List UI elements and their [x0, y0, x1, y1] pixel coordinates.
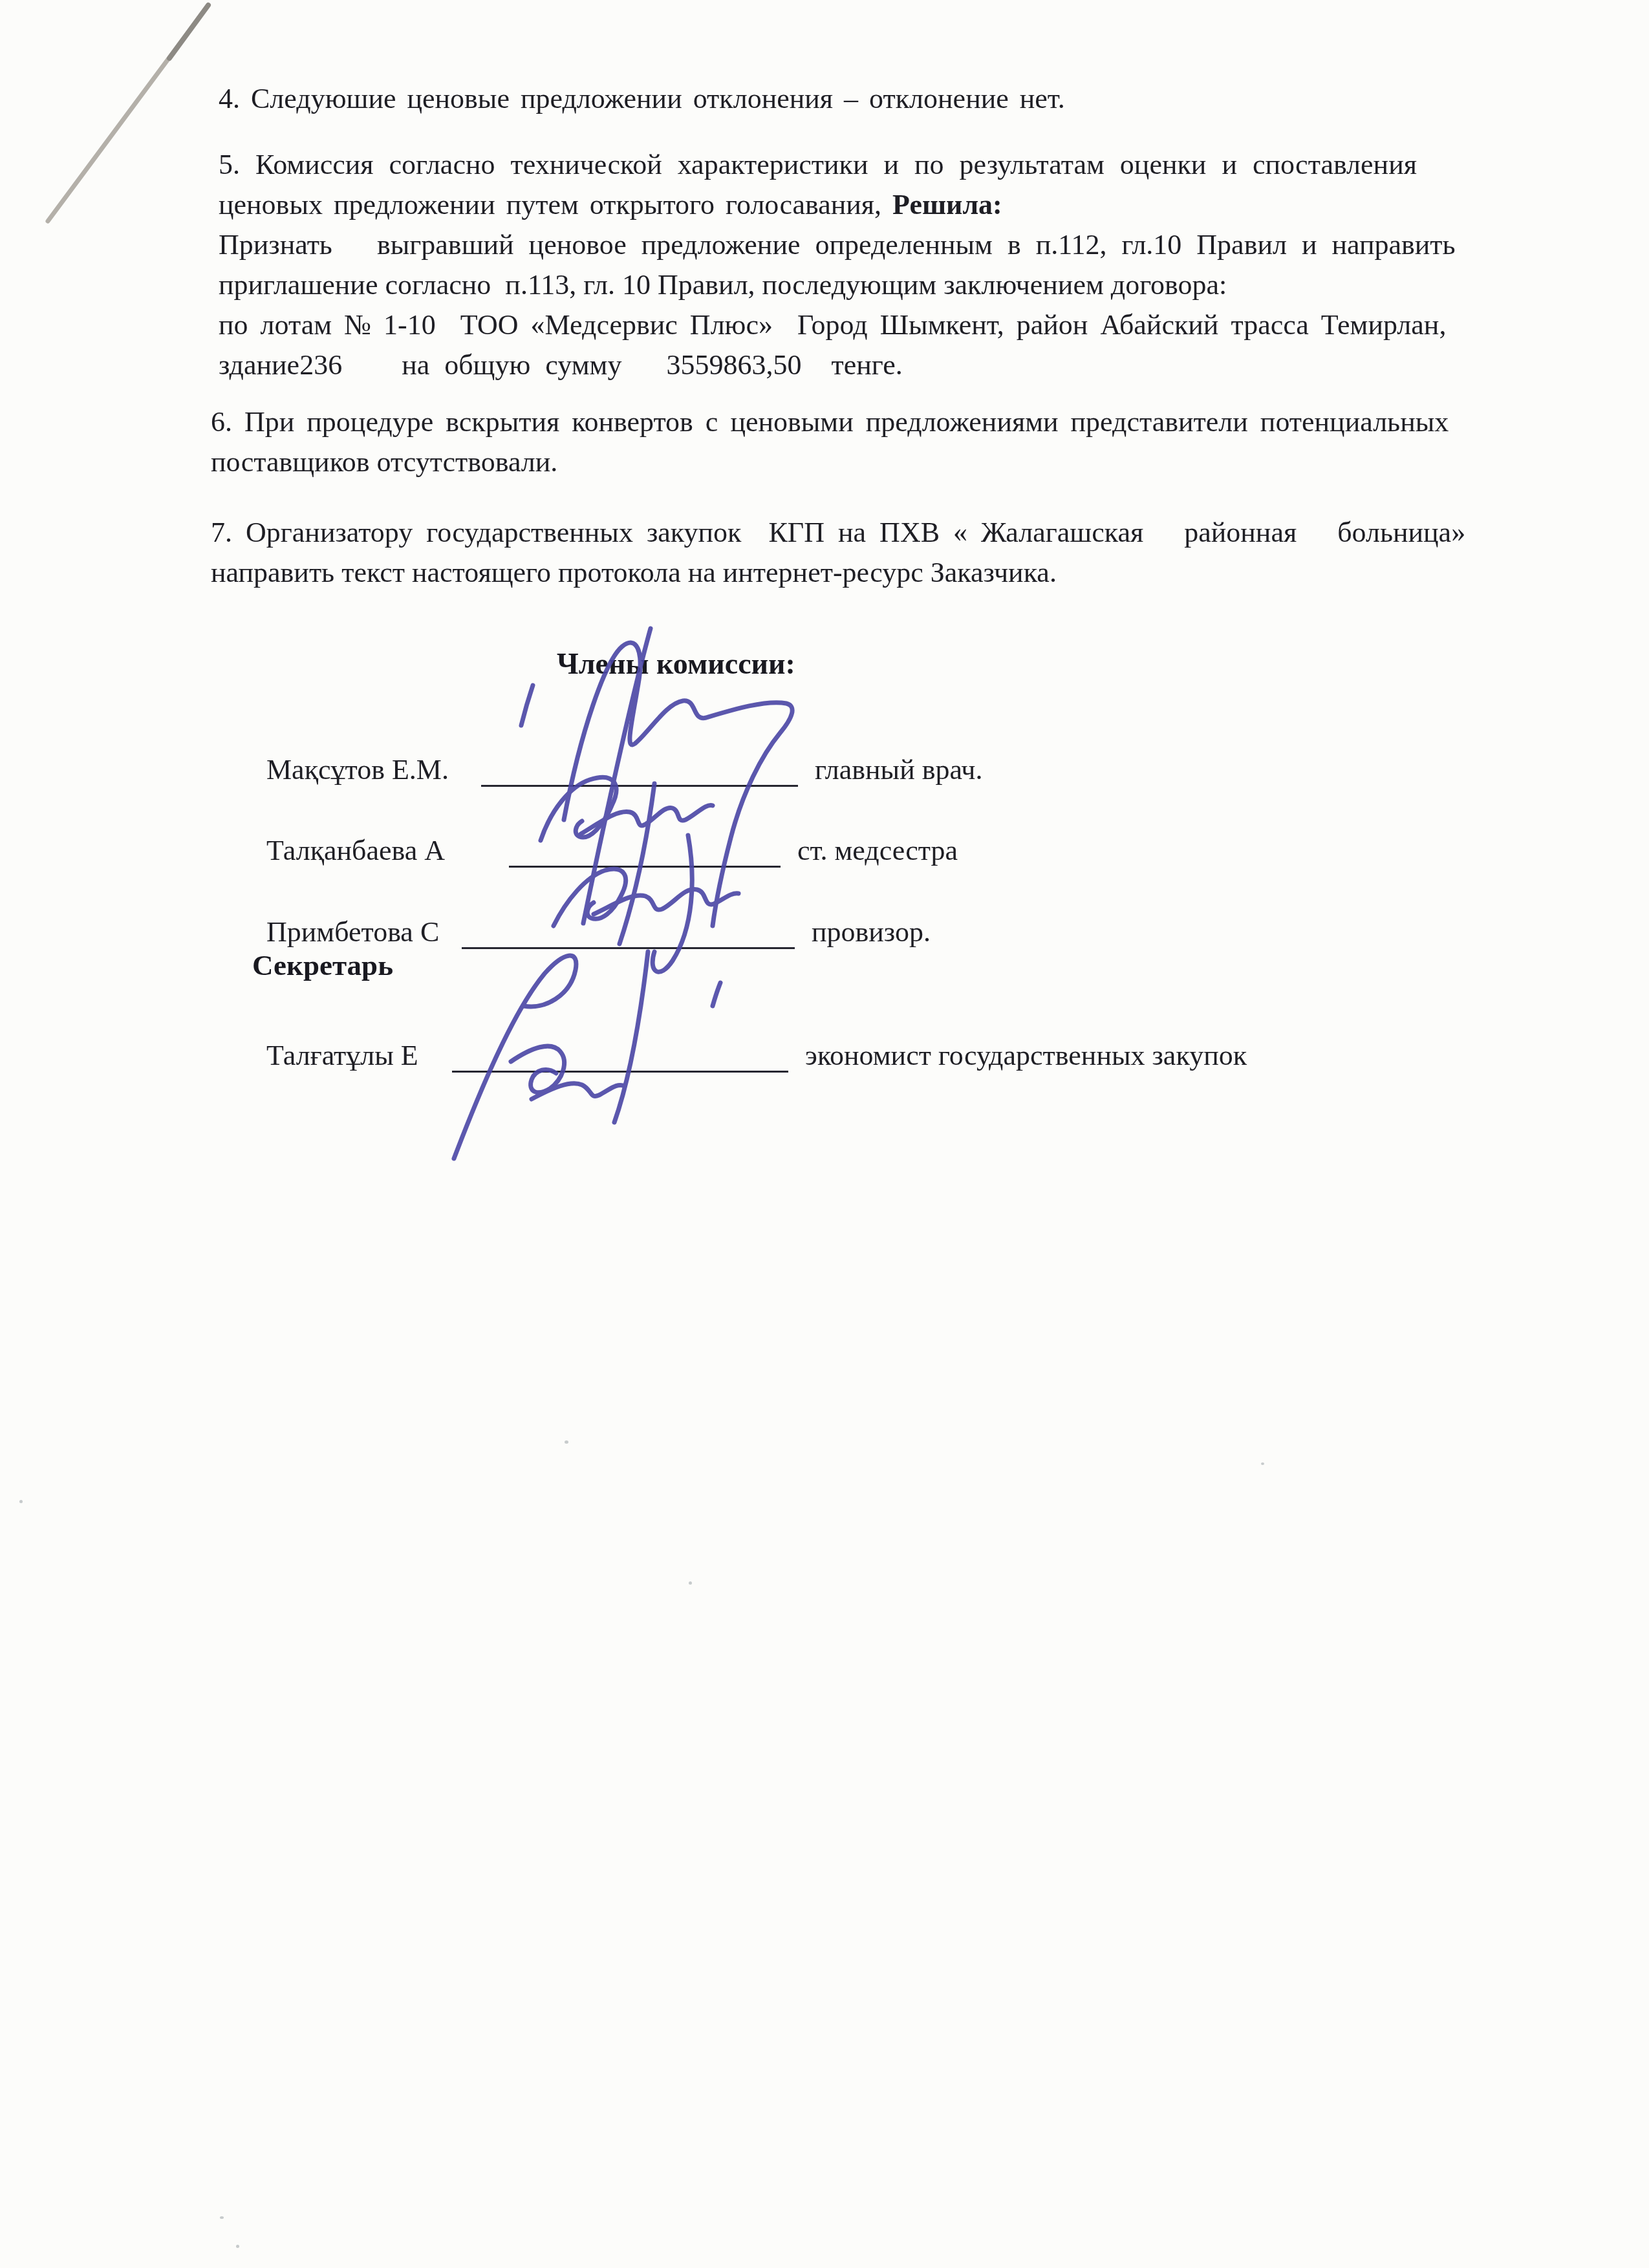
- paragraph-6: 6. При процедуре вскрытия конвертов с це…: [211, 402, 1496, 482]
- scanned-protocol-page: { "page": { "paper_color": "#fcfcfa", "t…: [0, 0, 1649, 2268]
- decision-word: Решила:: [892, 189, 1002, 220]
- text-line: здание236 на общую сумму 3559863,50 тенг…: [219, 345, 1496, 385]
- paragraph-7: 7. Организатору государственных закупок …: [211, 513, 1496, 593]
- document-body: 4. Следуюшие ценовые предложении отклоне…: [211, 79, 1496, 593]
- member-role: экономист государственных закупок: [805, 1040, 1247, 1071]
- scan-speck: [565, 1440, 568, 1444]
- text-line: поставщиков отсутствовали.: [211, 442, 1496, 482]
- text-line: по лотам № 1-10 ТОО «Медсервис Плюс» Гор…: [219, 305, 1496, 345]
- secretary-heading: Секретарь: [252, 948, 393, 982]
- text-line: направить текст настоящего протокола на …: [211, 553, 1496, 593]
- paragraph-5: 5. Комиссия согласно технической характе…: [211, 145, 1496, 385]
- scan-speck: [220, 2216, 224, 2219]
- text-line: Признать выгравший ценовое предложение о…: [219, 225, 1496, 265]
- scan-speck: [689, 1581, 692, 1585]
- text-line: ценовых предложении путем открытого голо…: [219, 185, 1496, 225]
- text-run: ценовых предложении путем открытого голо…: [219, 189, 892, 220]
- text-line: 5. Комиссия согласно технической характе…: [219, 145, 1496, 185]
- signature-talgatuly: [454, 952, 720, 1159]
- scan-speck: [19, 1500, 23, 1503]
- signature-maksutov: [521, 628, 792, 926]
- scan-speck: [236, 2245, 239, 2248]
- scan-speck: [1261, 1462, 1264, 1465]
- signatures-overlay: [388, 601, 854, 1196]
- text-line: приглашение согласно п.113, гл. 10 Прави…: [219, 265, 1496, 305]
- text-line: 7. Организатору государственных закупок …: [211, 513, 1496, 553]
- text-line: 6. При процедуре вскрытия конвертов с це…: [211, 402, 1496, 442]
- paragraph-4: 4. Следуюшие ценовые предложении отклоне…: [219, 79, 1496, 119]
